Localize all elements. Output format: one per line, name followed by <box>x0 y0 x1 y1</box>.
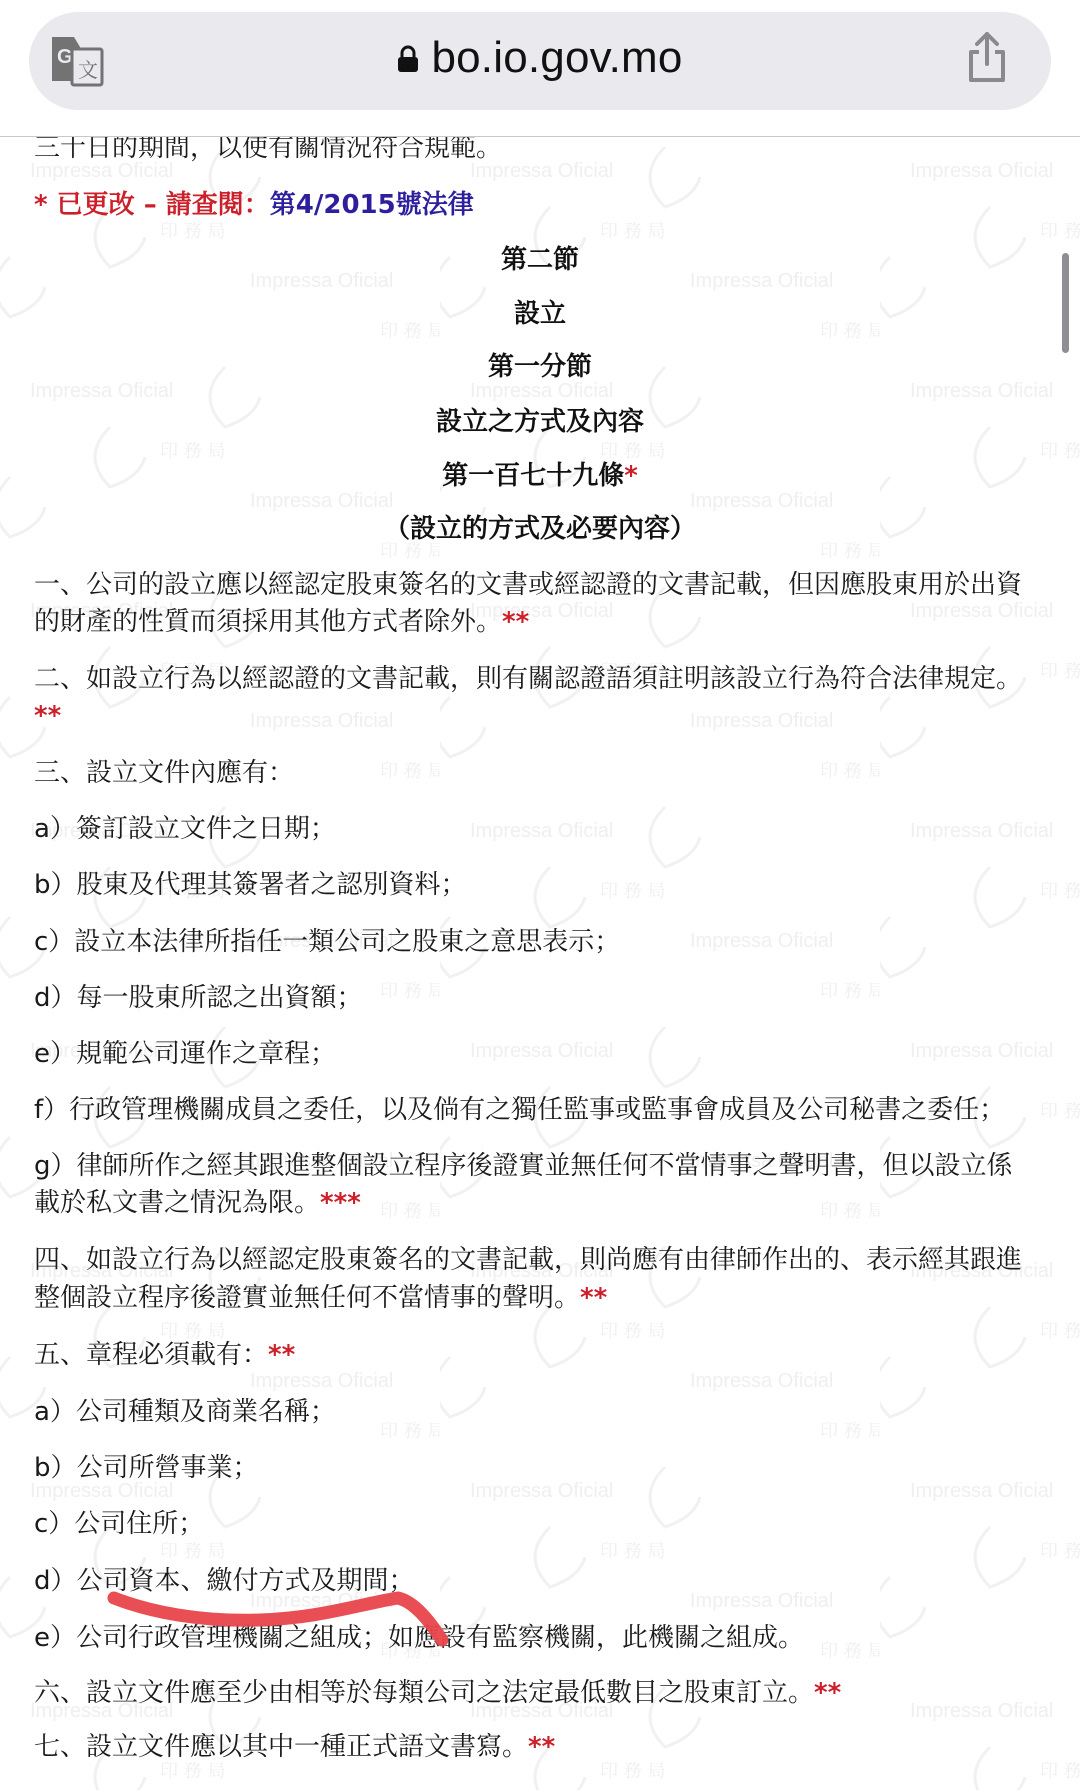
paragraph-7-text: 七、設立文件應以其中一種正式語文書寫。 <box>34 1732 528 1762</box>
lock-icon <box>397 45 419 73</box>
list-item-3g-text: 載於私文書之情況為限。 <box>34 1188 320 1218</box>
paragraph-1-text: 的財產的性質而須採用其他方式者除外。 <box>34 607 502 637</box>
paragraph-1-line-1: 一、公司的設立應以經認定股東簽名的文書或經認證的文書記載，但因應股東用於出資 <box>34 567 1022 603</box>
amendment-marker: ** <box>268 1340 295 1370</box>
vertical-scrollbar[interactable] <box>1062 253 1069 353</box>
list-item-5a: a）公司種類及商業名稱； <box>34 1394 336 1430</box>
list-item-3e: e）規範公司運作之章程； <box>34 1036 336 1072</box>
article-heading: 第一百七十九條* <box>0 458 1080 494</box>
paragraph-3: 三、設立文件內應有： <box>34 755 294 791</box>
paragraph-4-line-2: 整個設立程序後證實並無任何不當情事的聲明。** <box>34 1280 607 1316</box>
paragraph-6: 六、設立文件應至少由相等於每類公司之法定最低數目之股東訂立。** <box>34 1675 841 1711</box>
paragraph-2-line-1: 二、如設立行為以經認證的文書記載，則有關認證語須註明該設立行為符合法律規定。 <box>34 661 1022 697</box>
article-title: （設立的方式及必要內容） <box>0 511 1080 547</box>
paragraph-5-text: 五、章程必須載有： <box>34 1340 268 1370</box>
amendment-marker: *** <box>320 1188 361 1218</box>
list-item-3a: a）簽訂設立文件之日期； <box>34 811 336 847</box>
url-display[interactable]: bo.io.gov.mo <box>0 30 1080 86</box>
amendment-marker: ** <box>34 701 61 731</box>
list-item-5b: b）公司所營事業； <box>34 1450 259 1486</box>
paragraph-7: 七、設立文件應以其中一種正式語文書寫。** <box>34 1729 555 1765</box>
list-item-3f: f）行政管理機關成員之委任，以及倘有之獨任監事或監事會成員及公司秘書之委任； <box>34 1092 1005 1128</box>
list-item-3g-line-1: g）律師所作之經其跟進整個設立程序後證實並無任何不當情事之聲明書，但以設立係 <box>34 1148 1013 1184</box>
paragraph-5: 五、章程必須載有：** <box>34 1337 295 1373</box>
paragraph-2-line-2: ** <box>34 698 61 734</box>
document-body: 三十日的期間，以使有關情況符合規範。 * 已更改 – 請查閱：第4/2015號法… <box>0 0 1080 1790</box>
amendment-marker: ** <box>528 1732 555 1762</box>
list-item-5c: c）公司住所； <box>34 1506 204 1542</box>
subsection-heading: 第一分節 <box>0 349 1080 385</box>
amendment-marker: ** <box>814 1678 841 1708</box>
article-number: 第一百七十九條 <box>442 461 624 491</box>
list-item-5d: d）公司資本、繳付方式及期間； <box>34 1563 415 1599</box>
share-icon[interactable] <box>965 30 1009 86</box>
list-item-3d: d）每一股東所認之出資額； <box>34 980 363 1016</box>
toolbar-divider <box>0 136 1080 137</box>
law-link[interactable]: 第4/2015號法律 <box>270 190 474 220</box>
subsection-title: 設立之方式及內容 <box>0 404 1080 440</box>
section-title: 設立 <box>0 296 1080 332</box>
paragraph-6-text: 六、設立文件應至少由相等於每類公司之法定最低數目之股東訂立。 <box>34 1678 814 1708</box>
paragraph-1-line-2: 的財產的性質而須採用其他方式者除外。** <box>34 604 529 640</box>
amendment-marker: ** <box>502 607 529 637</box>
amendment-marker: ** <box>580 1283 607 1313</box>
list-item-5e: e）公司行政管理機關之組成；如應設有監察機關，此機關之組成。 <box>34 1620 804 1656</box>
article-star: * <box>624 461 638 491</box>
list-item-3c: c）設立本法律所指任一類公司之股東之意思表示； <box>34 924 620 960</box>
list-item-3b: b）股東及代理其簽署者之認別資料； <box>34 867 467 903</box>
amendment-notice: * 已更改 – 請查閱：第4/2015號法律 <box>34 187 474 223</box>
section-heading: 第二節 <box>0 242 1080 278</box>
paragraph-4-line-1: 四、如設立行為以經認定股東簽名的文書記載，則尚應有由律師作出的、表示經其跟進 <box>34 1242 1022 1278</box>
url-text: bo.io.gov.mo <box>431 33 682 83</box>
browser-toolbar: G 文 bo.io.gov.mo <box>0 0 1080 136</box>
paragraph-4-text: 整個設立程序後證實並無任何不當情事的聲明。 <box>34 1283 580 1313</box>
list-item-3g-line-2: 載於私文書之情況為限。*** <box>34 1185 361 1221</box>
amendment-prefix: * 已更改 – 請查閱： <box>34 190 270 220</box>
